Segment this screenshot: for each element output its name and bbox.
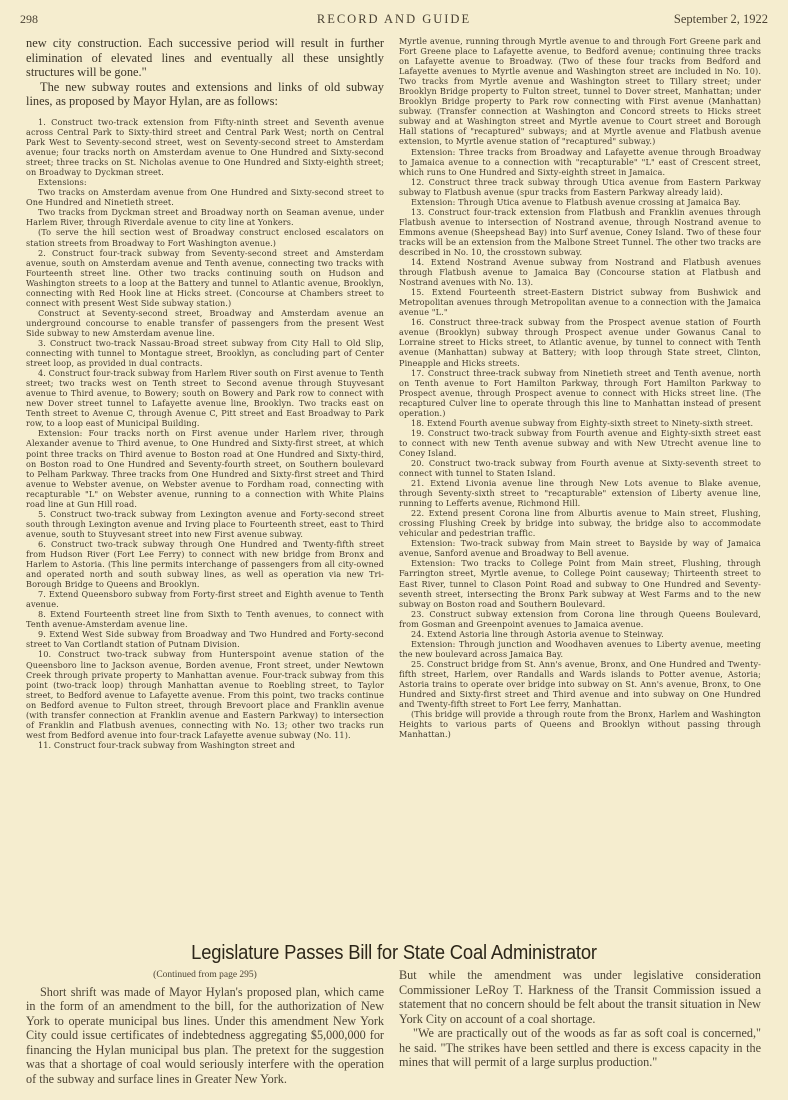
lead-text: new city construction. Each successive p… (26, 36, 384, 109)
route-item: 8. Extend Fourteenth street line from Si… (26, 609, 384, 629)
continued-note: (Continued from page 295) (26, 968, 384, 983)
route-item: 6. Construct two-track subway through On… (26, 539, 384, 589)
page-header: 298 RECORD AND GUIDE September 2, 1922 (20, 12, 768, 28)
route-item: 10. Construct two-track subway from Hunt… (26, 649, 384, 739)
right-column: Myrtle avenue, running through Myrtle av… (399, 36, 761, 739)
route-item: 19. Construct two-track subway from Four… (399, 428, 761, 458)
route-item: 7. Extend Queensboro subway from Forty-f… (26, 589, 384, 609)
route-item: 14. Extend Nostrand Avenue subway from N… (399, 257, 761, 287)
article-paragraph: Short shrift was made of Mayor Hylan's p… (26, 985, 384, 1087)
route-item: 15. Extend Fourteenth street-Eastern Dis… (399, 287, 761, 317)
route-item: Myrtle avenue, running through Myrtle av… (399, 36, 761, 147)
route-item: 12. Construct three track subway through… (399, 177, 761, 197)
route-item: Extension: Two tracks to College Point f… (399, 558, 761, 608)
route-item: 1. Construct two-track extension from Fi… (26, 117, 384, 177)
route-item: Extension: Through Utica avenue to Flatb… (399, 197, 761, 207)
route-item: 4. Construct four-track subway from Harl… (26, 368, 384, 428)
route-item: Extensions: (26, 177, 384, 187)
route-item: 13. Construct four-track extension from … (399, 207, 761, 257)
article2-right-column: But while the amendment was under legisl… (399, 968, 761, 1070)
route-item: (To serve the hill section west of Broad… (26, 227, 384, 247)
route-item: 18. Extend Fourth avenue subway from Eig… (399, 418, 761, 428)
article-headline: Legislature Passes Bill for State Coal A… (32, 942, 757, 965)
route-item: 11. Construct four-track subway from Was… (26, 740, 384, 750)
newspaper-page: 298 RECORD AND GUIDE September 2, 1922 n… (0, 0, 788, 1100)
route-item: 21. Extend Livonia avenue line through N… (399, 478, 761, 508)
route-item: 25. Construct bridge from St. Ann's aven… (399, 659, 761, 709)
route-item: 24. Extend Astoria line through Astoria … (399, 629, 761, 639)
route-item: Two tracks on Amsterdam avenue from One … (26, 187, 384, 207)
route-item: 16. Construct three-track subway from th… (399, 317, 761, 367)
route-item: Extension: Through junction and Woodhave… (399, 639, 761, 659)
route-item: 23. Construct subway extension from Coro… (399, 609, 761, 629)
route-item: 9. Extend West Side subway from Broadway… (26, 629, 384, 649)
route-item: 5. Construct two-track subway from Lexin… (26, 509, 384, 539)
lead-paragraph: The new subway routes and extensions and… (26, 80, 384, 109)
issue-date: September 2, 1922 (674, 12, 768, 27)
route-item: Extension: Four tracks north on First av… (26, 428, 384, 508)
publication-title: RECORD AND GUIDE (20, 12, 768, 27)
route-item: 22. Extend present Corona line from Albu… (399, 508, 761, 538)
article-paragraph: "We are practically out of the woods as … (399, 1026, 761, 1070)
subway-routes-list-right: Myrtle avenue, running through Myrtle av… (399, 36, 761, 739)
route-item: 17. Construct three-track subway from Ni… (399, 368, 761, 418)
lead-paragraph: new city construction. Each successive p… (26, 36, 384, 80)
route-item: Extension: Three tracks from Broadway an… (399, 147, 761, 177)
route-item: 20. Construct two-track subway from Four… (399, 458, 761, 478)
route-item: 2. Construct four-track subway from Seve… (26, 248, 384, 308)
route-item: Construct at Seventy-second street, Broa… (26, 308, 384, 338)
article2-left-column: (Continued from page 295) Short shrift w… (26, 968, 384, 1086)
route-item: Extension: Two-track subway from Main st… (399, 538, 761, 558)
left-column: new city construction. Each successive p… (26, 36, 384, 750)
route-item: (This bridge will provide a through rout… (399, 709, 761, 739)
article-paragraph: But while the amendment was under legisl… (399, 968, 761, 1026)
route-item: Two tracks from Dyckman street and Broad… (26, 207, 384, 227)
route-item: 3. Construct two-track Nassau-Broad stre… (26, 338, 384, 368)
subway-routes-list-left: 1. Construct two-track extension from Fi… (26, 117, 384, 750)
